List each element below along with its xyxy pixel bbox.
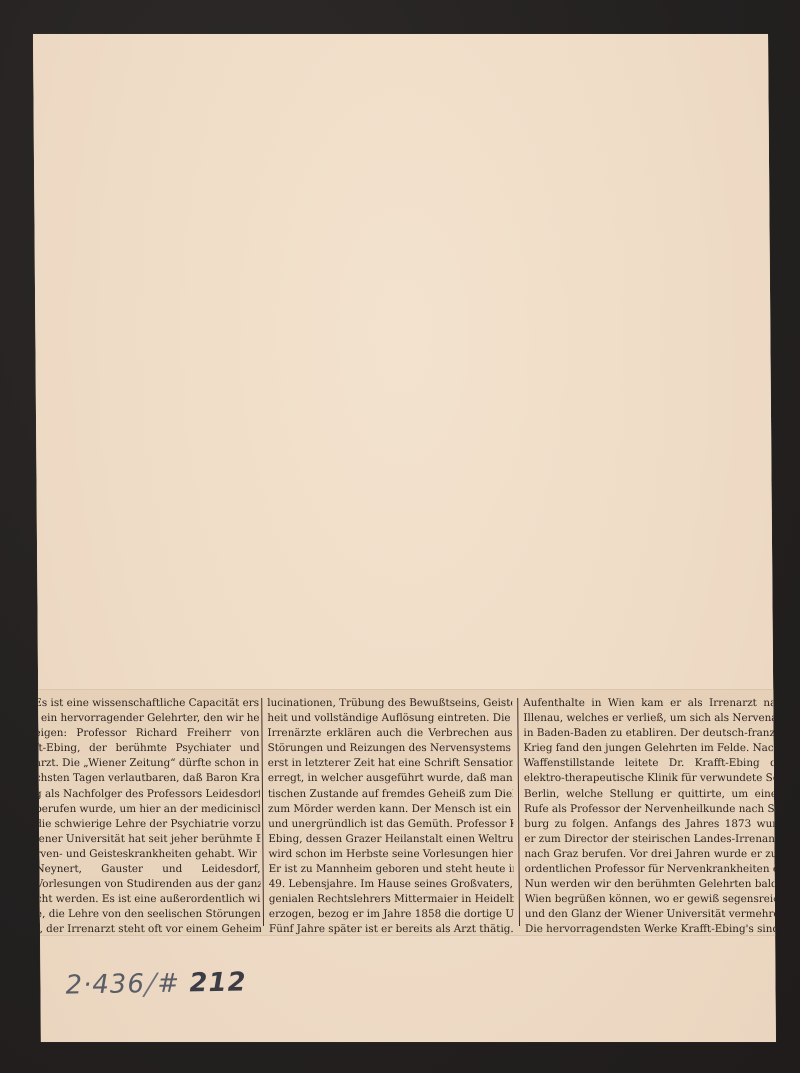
pencil-archive-number: 2·436/# 212: [65, 967, 247, 1000]
archive-number-part: 2·436: [65, 969, 145, 1000]
clipping-column-1: Es ist eine wissenschaftliche Capacität …: [38, 696, 261, 936]
text-line: ft-Ebing, der berühmte Psychiater und: [38, 741, 260, 756]
text-line: Rufe als Professor der Nervenheilkunde n…: [524, 802, 775, 817]
column-rule: [261, 698, 264, 926]
text-line: wird schon im Herbste seine Vorlesungen …: [268, 847, 513, 862]
text-line: Fünf Jahre später ist er bereits als Arz…: [269, 922, 514, 936]
text-line: 49. Lebensjahre. Im Hause seines Großvat…: [269, 877, 514, 892]
column-rule: [517, 698, 520, 926]
text-line: Störungen und Reizungen des Nervensystem…: [268, 741, 513, 756]
clipping-column-3: Aufenthalte in Wien kam er als Irrenarzt…: [523, 696, 775, 936]
text-line: Neynert, Gauster und Leidesdorf,: [38, 862, 260, 877]
text-line: Berlin, welche Stellung er quittirte, um…: [524, 787, 775, 802]
text-line: Irrenärzte erklären auch die Verbrechen …: [267, 726, 512, 741]
text-line: rven- und Geisteskrankheiten gehabt. Wir…: [38, 847, 260, 862]
clipping-column-2: lucinationen, Trübung des Bewußtseins, G…: [267, 696, 514, 936]
text-line: er zum Director der steirischen Landes-I…: [524, 832, 775, 847]
text-line: Aufenthalte in Wien kam er als Irrenarzt…: [523, 696, 775, 711]
text-line: tischen Zustande auf fremdes Geheiß zum …: [268, 787, 513, 802]
text-line: chsten Tagen verlautbaren, daß Baron Kra…: [38, 771, 260, 786]
text-line: lucinationen, Trübung des Bewußtseins, G…: [267, 696, 512, 711]
text-line: Die hervorragendsten Werke Krafft-Ebing'…: [525, 922, 775, 936]
text-line: Wien begrüßen können, wo er gewiß segens…: [525, 892, 775, 907]
text-line: und den Glanz der Wiener Universität ver…: [525, 907, 775, 922]
text-line: g als Nachfolger des Professors Leidesdo…: [38, 787, 260, 802]
item-number: 212: [189, 967, 247, 998]
text-line: Krieg fand den jungen Gelehrten im Felde…: [524, 741, 776, 756]
text-line: iener Universität hat seit jeher berühmt…: [38, 832, 260, 847]
text-line: und unergründlich ist das Gemüth. Profes…: [268, 817, 513, 832]
text-line: Nun werden wir den berühmten Gelehrten b…: [525, 877, 775, 892]
hash-mark: #: [157, 968, 190, 999]
text-line: zum Mörder werden kann. Der Mensch ist e…: [268, 802, 513, 817]
text-line: erzogen, bezog er im Jahre 1858 die dort…: [269, 907, 514, 922]
text-line: erregt, in welcher ausgeführt wurde, daß…: [268, 771, 513, 786]
text-line: erst in letzterer Zeit hat eine Schrift …: [268, 756, 513, 771]
text-line: nach Graz berufen. Vor drei Jahren wurde…: [524, 847, 775, 862]
text-line: Er ist zu Mannheim geboren und steht heu…: [269, 862, 514, 877]
text-line: ordentlichen Professor für Nervenkrankhe…: [525, 862, 776, 877]
text-line: burg zu folgen. Anfangs des Jahres 1873 …: [524, 817, 775, 832]
text-line: , ein hervorragender Gelehrter, den wir …: [38, 711, 259, 726]
text-line: Illenau, welches er verließ, um sich als…: [523, 711, 775, 726]
text-line: Ebing, dessen Grazer Heilanstalt einen W…: [268, 832, 513, 847]
text-line: Vorlesungen von Studirenden aus der ganz…: [38, 877, 261, 892]
text-line: genialen Rechtslehrers Mittermaier in He…: [269, 892, 514, 907]
archival-sheet: Es ist eine wissenschaftliche Capacität …: [33, 34, 776, 1042]
text-line: elektro-therapeutische Klinik für verwun…: [524, 771, 775, 786]
text-line: arzt. Die „Wiener Zeitung“ dürfte schon …: [38, 756, 260, 771]
text-line: eigen: Professor Richard Freiherr von: [38, 726, 259, 741]
text-line: die schwierige Lehre der Psychiatrie vor…: [38, 817, 260, 832]
text-line: in Baden-Baden zu etabliren. Der deutsch…: [523, 726, 775, 741]
newspaper-clipping: Es ist eine wissenschaftliche Capacität …: [38, 689, 775, 936]
text-line: Es ist eine wissenschaftliche Capacität …: [38, 696, 259, 711]
text-line: Waffenstillstande leitete Dr. Krafft-Ebi…: [524, 756, 775, 771]
text-line: heit und vollständige Auflösung eintrete…: [267, 711, 512, 726]
text-line: -, der Irrenarzt steht oft vor einem Geh…: [38, 922, 261, 936]
text-line: berufen wurde, um hier an der medicinisc…: [38, 802, 260, 817]
text-line: e, die Lehre von den seelischen Störunge…: [38, 907, 261, 922]
text-line: cht werden. Es ist eine außerordentlich …: [38, 892, 261, 907]
